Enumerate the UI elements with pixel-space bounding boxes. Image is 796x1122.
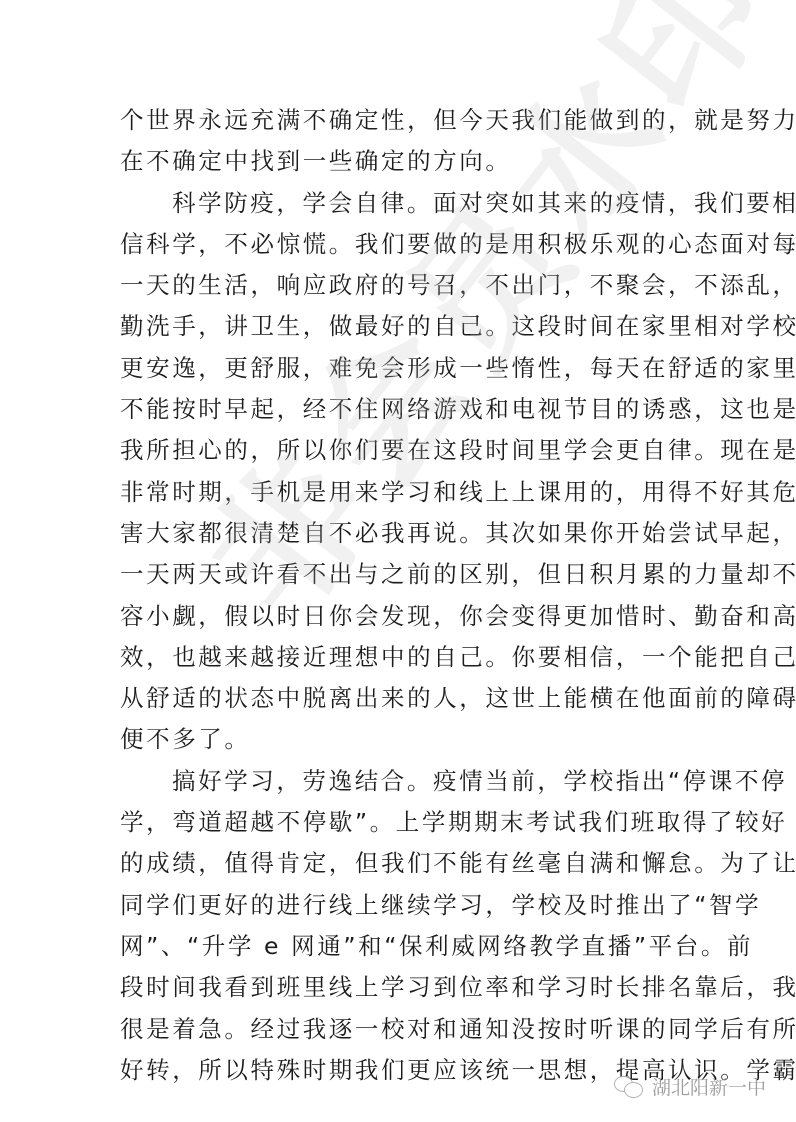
text-line: 网”、“升学 e 网通”和“保利威网络教学直播”平台。前 [120, 926, 680, 967]
text-line: 效，也越来越接近理想中的自己。你要相信，一个能把自己 [120, 637, 680, 678]
text-line: 的成绩，值得肯定，但我们不能有丝毫自满和懈怠。为了让 [120, 843, 680, 884]
account-watermark: 湖北阳新一中 [614, 1073, 766, 1100]
paragraph-start-line: 科学防疫，学会自律。面对突如其来的疫情，我们要相 [120, 183, 680, 224]
account-name: 湖北阳新一中 [652, 1073, 766, 1100]
wechat-icon [614, 1076, 644, 1098]
text-line: 不能按时早起，经不住网络游戏和电视节目的诱惑，这也是 [120, 389, 680, 430]
text-line: 段时间我看到班里线上学习到位率和学习时长排名靠后，我 [120, 967, 680, 1008]
document-body: 个世界永远充满不确定性，但今天我们能做到的，就是努力 在不确定中找到一些确定的方… [120, 100, 680, 1091]
text-line: 更安逸，更舒服，难免会形成一些惰性，每天在舒适的家里 [120, 348, 680, 389]
paragraph-start-line: 搞好学习，劳逸结合。疫情当前，学校指出“停课不停 [120, 761, 680, 802]
text-line: 勤洗手，讲卫生，做最好的自己。这段时间在家里相对学校 [120, 306, 680, 347]
text-line: 同学们更好的进行线上继续学习，学校及时推出了“智学 [120, 885, 680, 926]
text-line: 学，弯道超越不停歇”。上学期期末考试我们班取得了较好 [120, 802, 680, 843]
text-line: 非常时期，手机是用来学习和线上上课用的，用得不好其危 [120, 472, 680, 513]
text-line: 个世界永远充满不确定性，但今天我们能做到的，就是努力 [120, 100, 680, 141]
text-line: 很是着急。经过我逐一校对和通知没按时听课的同学后有所 [120, 1009, 680, 1050]
text-line: 容小觑，假以时日你会发现，你会变得更加惜时、勤奋和高 [120, 596, 680, 637]
text-line: 从舒适的状态中脱离出来的人，这世上能横在他面前的障碍 [120, 678, 680, 719]
text-line: 在不确定中找到一些确定的方向。 [120, 141, 680, 182]
text-line: 便不多了。 [120, 719, 680, 760]
text-line: 信科学，不必惊慌。我们要做的是用积极乐观的心态面对每 [120, 224, 680, 265]
text-line: 好转，所以特殊时期我们更应该统一思想，提高认识。学霸 [120, 1050, 680, 1091]
text-line: 我所担心的，所以你们要在这段时间里学会更自律。现在是 [120, 430, 680, 471]
text-line: 一天两天或许看不出与之前的区别，但日积月累的力量却不 [120, 554, 680, 595]
document-page: 个世界永远充满不确定性，但今天我们能做到的，就是努力 在不确定中找到一些确定的方… [0, 0, 796, 1122]
text-line: 害大家都很清楚自不必我再说。其次如果你开始尝试早起， [120, 513, 680, 554]
text-line: 一天的生活，响应政府的号召，不出门，不聚会，不添乱， [120, 265, 680, 306]
